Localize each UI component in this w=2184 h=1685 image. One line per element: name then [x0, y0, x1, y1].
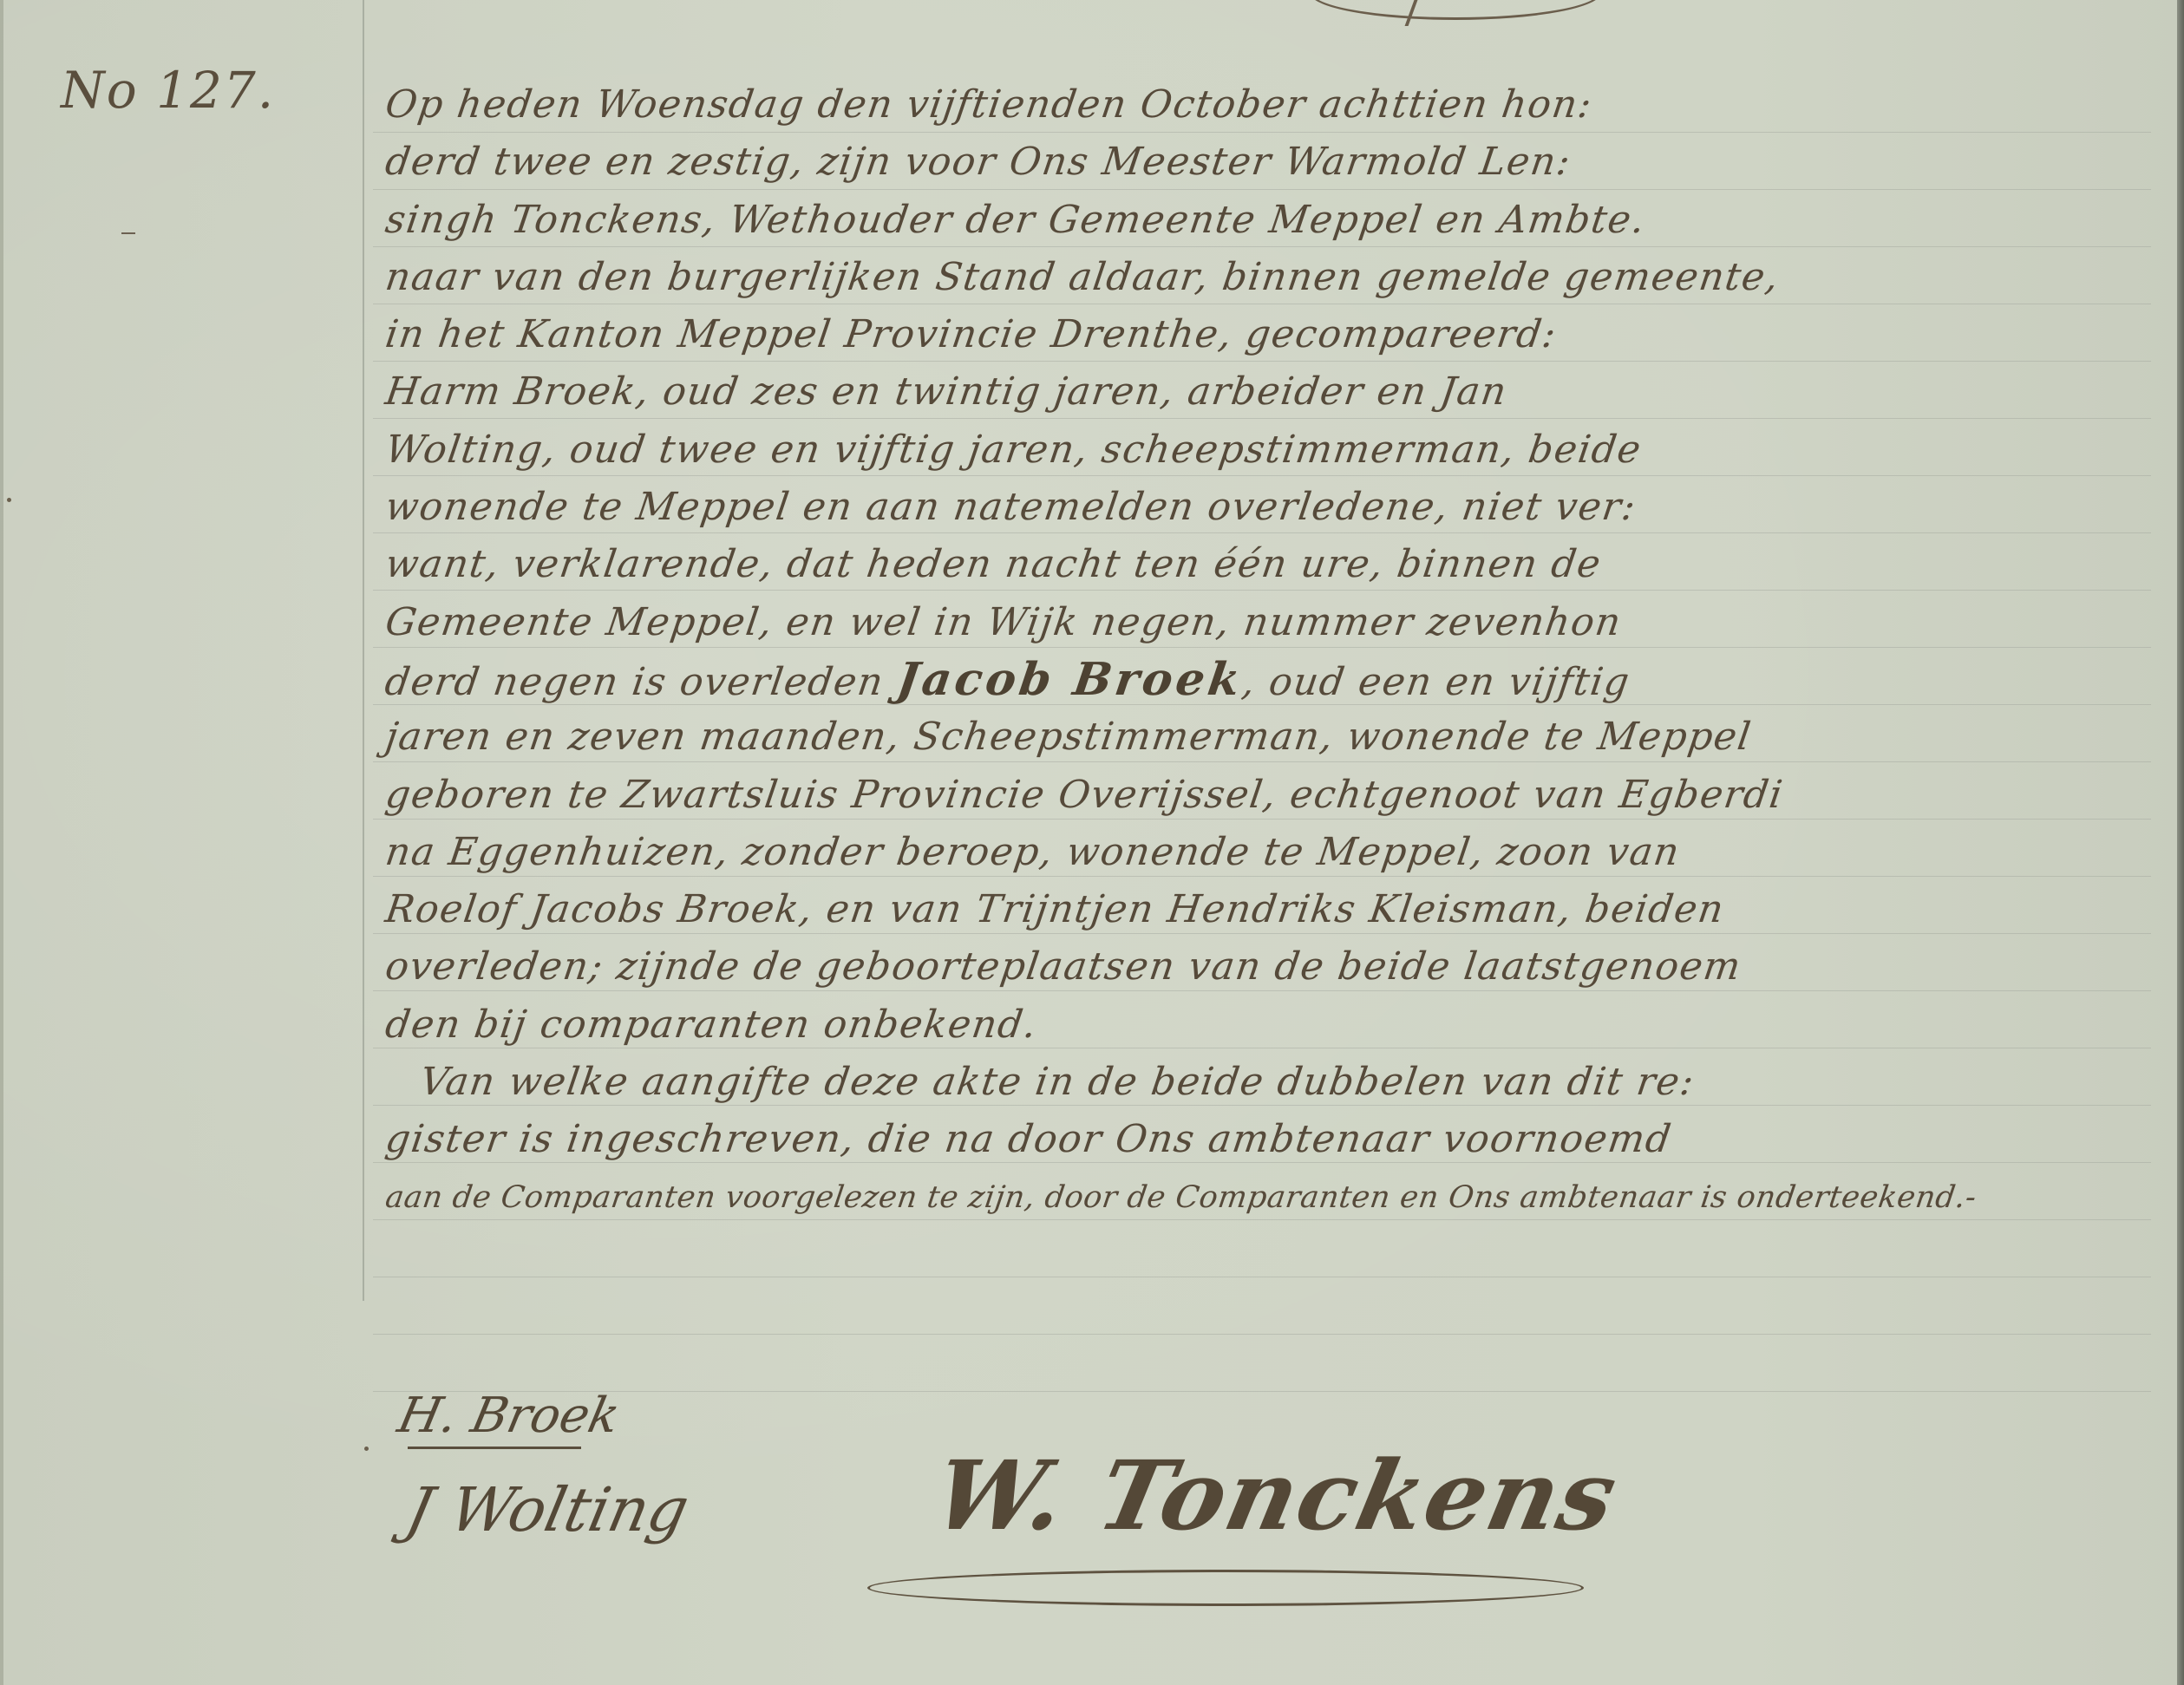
- record-line: singh Tonckens, Wethouder der Gemeente M…: [382, 192, 2159, 249]
- record-line: Van welke aangifte deze akte in de beide…: [382, 1054, 2159, 1111]
- record-line: aan de Comparanten voorgelezen te zijn, …: [382, 1169, 2159, 1226]
- record-line: naar van den burgerlijken Stand aldaar, …: [382, 249, 2159, 306]
- record-line-deceased: derd negen is overleden Jacob Broek, oud…: [382, 651, 2159, 709]
- record-line: Wolting, oud twee en vijftig jaren, sche…: [382, 421, 2159, 479]
- margin-dash: [121, 232, 135, 234]
- record-number: No 127.: [61, 61, 275, 120]
- ink-speck: [7, 498, 11, 502]
- signature-witness-wolting: J Wolting: [400, 1474, 695, 1545]
- record-line: Op heden Woensdag den vijftienden Octobe…: [382, 76, 2159, 134]
- record-line: in het Kanton Meppel Provincie Drenthe, …: [382, 306, 2159, 363]
- signature-underline: [408, 1447, 581, 1449]
- record-line: jaren en zeven maanden, Scheepstimmerman…: [382, 709, 2159, 766]
- deceased-age: oud een en vijftig: [1266, 660, 1633, 704]
- record-line: wonende te Meppel en aan natemelden over…: [382, 479, 2159, 536]
- page-binding-edge: [2177, 0, 2184, 1685]
- margin-rule: [363, 0, 364, 1301]
- record-line: geboren te Zwartsluis Provincie Overijss…: [382, 767, 2159, 824]
- page-left-edge: [0, 0, 3, 1685]
- ruled-line: [373, 1277, 2151, 1277]
- deceased-name: Jacob Broek: [893, 653, 1246, 706]
- record-line: den bij comparanten onbekend.: [382, 996, 2159, 1054]
- record-body: Op heden Woensdag den vijftienden Octobe…: [382, 76, 2151, 1226]
- record-line-text: derd negen is overleden: [383, 660, 887, 704]
- signature-official: W. Tonckens: [925, 1440, 1627, 1551]
- record-line: gister is ingeschreven, die na door Ons …: [382, 1111, 2159, 1168]
- signature-flourish: [867, 1570, 1584, 1606]
- ruled-line: [373, 1391, 2151, 1392]
- ruled-line: [373, 1334, 2151, 1335]
- record-line: want, verklarende, dat heden nacht ten é…: [382, 536, 2159, 593]
- record-line: Gemeente Meppel, en wel in Wijk negen, n…: [382, 594, 2159, 651]
- record-line: Harm Broek, oud zes en twintig jaren, ar…: [382, 363, 2159, 421]
- ink-speck: [364, 1447, 369, 1451]
- record-line: na Eggenhuizen, zonder beroep, wonende t…: [382, 824, 2159, 881]
- record-page: No 127. Op heden Woensdag den vijftiende…: [0, 0, 2184, 1685]
- record-line: overleden; zijnde de geboorteplaatsen va…: [382, 938, 2159, 996]
- signature-witness-broek: H. Broek: [393, 1388, 624, 1444]
- record-line: derd twee en zestig, zijn voor Ons Meest…: [382, 134, 2159, 191]
- previous-signature-flourish: [1310, 0, 1601, 20]
- record-line: Roelof Jacobs Broek, en van Trijntjen He…: [382, 881, 2159, 938]
